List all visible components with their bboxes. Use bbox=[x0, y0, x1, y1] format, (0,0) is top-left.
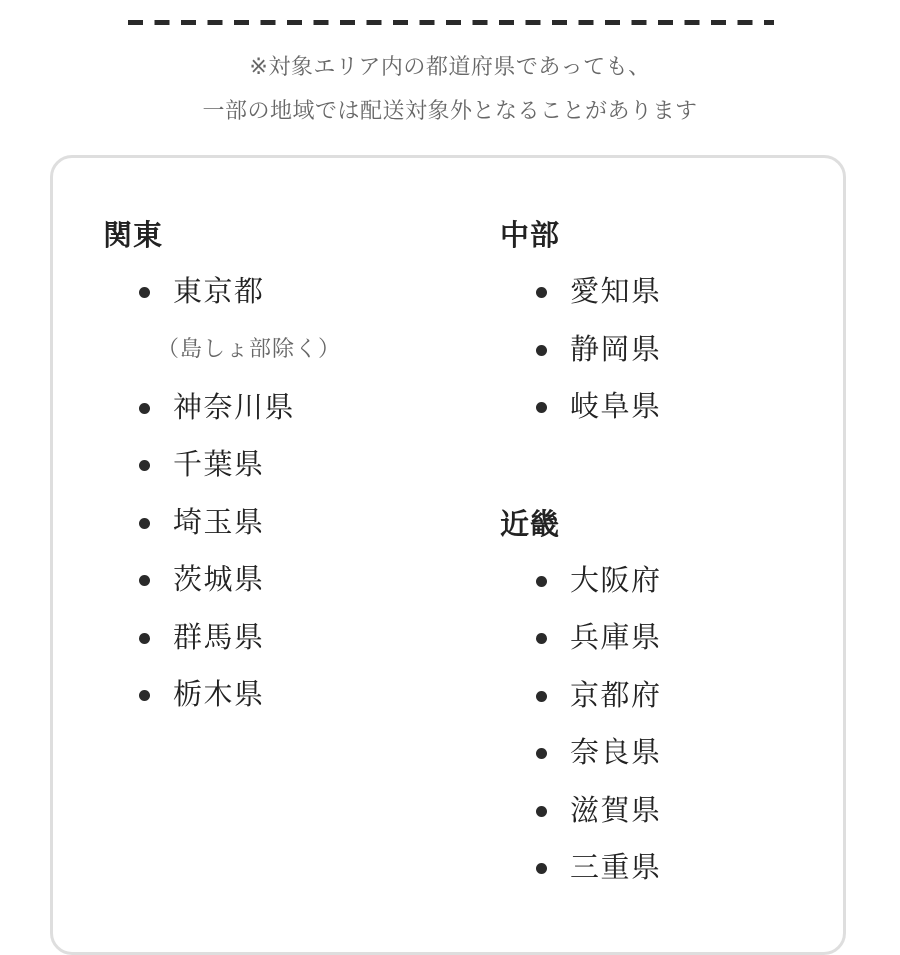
bullet-icon bbox=[139, 518, 150, 529]
prefecture-name: 奈良県 bbox=[570, 735, 662, 769]
prefecture-item: 静岡県 bbox=[500, 321, 662, 379]
bullet-icon bbox=[536, 863, 547, 874]
prefecture-item: 愛知県 bbox=[500, 263, 662, 321]
prefecture-item: 群馬県 bbox=[103, 609, 341, 667]
prefecture-list-kanto: 東京都 （島しょ部除く） 神奈川県 千葉県 埼玉県 茨城県 bbox=[103, 263, 341, 724]
prefecture-item: 大阪府 bbox=[500, 552, 662, 610]
prefecture-list-chubu: 愛知県 静岡県 岐阜県 bbox=[500, 263, 662, 436]
bullet-icon bbox=[139, 690, 150, 701]
bullet-icon bbox=[139, 403, 150, 414]
prefecture-name: 埼玉県 bbox=[173, 505, 265, 539]
prefecture-item: 東京都 （島しょ部除く） bbox=[103, 263, 341, 379]
column-right: 中部 愛知県 静岡県 岐阜県 近畿 bbox=[500, 215, 662, 897]
delivery-notice: ※対象エリア内の都道府県であっても、 一部の地域では配送対象外となることがありま… bbox=[0, 46, 900, 134]
prefecture-name: 静岡県 bbox=[570, 332, 662, 366]
region-chubu: 中部 愛知県 静岡県 岐阜県 bbox=[500, 215, 662, 436]
prefecture-item: 埼玉県 bbox=[103, 494, 341, 552]
prefecture-item: 栃木県 bbox=[103, 666, 341, 724]
prefecture-item: 岐阜県 bbox=[500, 378, 662, 436]
prefecture-item: 兵庫県 bbox=[500, 609, 662, 667]
bullet-icon bbox=[536, 806, 547, 817]
bullet-icon bbox=[536, 576, 547, 587]
bullet-icon bbox=[536, 402, 547, 413]
region-title-kinki: 近畿 bbox=[500, 504, 662, 544]
bullet-icon bbox=[139, 460, 150, 471]
prefecture-item: 三重県 bbox=[500, 839, 662, 897]
bullet-icon bbox=[536, 633, 547, 644]
dashed-divider bbox=[128, 20, 774, 25]
prefecture-name: 栃木県 bbox=[173, 677, 265, 711]
region-kanto: 関東 東京都 （島しょ部除く） 神奈川県 千葉県 埼玉県 bbox=[103, 215, 341, 724]
prefecture-item: 神奈川県 bbox=[103, 379, 341, 437]
prefecture-name: 茨城県 bbox=[173, 562, 265, 596]
region-title-chubu: 中部 bbox=[500, 215, 662, 255]
notice-line-1: ※対象エリア内の都道府県であっても、 bbox=[0, 46, 900, 90]
prefecture-name: 京都府 bbox=[570, 678, 662, 712]
delivery-area-card: 関東 東京都 （島しょ部除く） 神奈川県 千葉県 埼玉県 bbox=[50, 155, 846, 900]
prefecture-name: 群馬県 bbox=[173, 620, 265, 654]
region-title-kanto: 関東 bbox=[103, 215, 341, 255]
prefecture-name: 神奈川県 bbox=[173, 390, 295, 424]
notice-line-2: 一部の地域では配送対象外となることがあります bbox=[0, 90, 900, 134]
prefecture-item: 滋賀県 bbox=[500, 782, 662, 840]
bullet-icon bbox=[139, 287, 150, 298]
prefecture-name: 岐阜県 bbox=[570, 389, 662, 423]
prefecture-item: 千葉県 bbox=[103, 436, 341, 494]
prefecture-name: 愛知県 bbox=[570, 274, 662, 308]
region-kinki: 近畿 大阪府 兵庫県 京都府 奈良県 bbox=[500, 504, 662, 897]
column-left: 関東 東京都 （島しょ部除く） 神奈川県 千葉県 埼玉県 bbox=[103, 215, 341, 724]
bullet-icon bbox=[536, 748, 547, 759]
prefecture-name: 兵庫県 bbox=[570, 620, 662, 654]
prefecture-item: 茨城県 bbox=[103, 551, 341, 609]
prefecture-name: 大阪府 bbox=[570, 563, 662, 597]
prefecture-name: 三重県 bbox=[570, 850, 662, 884]
prefecture-item: 奈良県 bbox=[500, 724, 662, 782]
bullet-icon bbox=[536, 345, 547, 356]
bullet-icon bbox=[536, 287, 547, 298]
prefecture-name: 滋賀県 bbox=[570, 793, 662, 827]
prefecture-list-kinki: 大阪府 兵庫県 京都府 奈良県 滋賀県 bbox=[500, 552, 662, 897]
prefecture-note: （島しょ部除く） bbox=[157, 321, 341, 379]
prefecture-name: 東京都 bbox=[173, 274, 265, 308]
bullet-icon bbox=[536, 691, 547, 702]
prefecture-item: 京都府 bbox=[500, 667, 662, 725]
bullet-icon bbox=[139, 575, 150, 586]
bullet-icon bbox=[139, 633, 150, 644]
prefecture-name: 千葉県 bbox=[173, 447, 265, 481]
